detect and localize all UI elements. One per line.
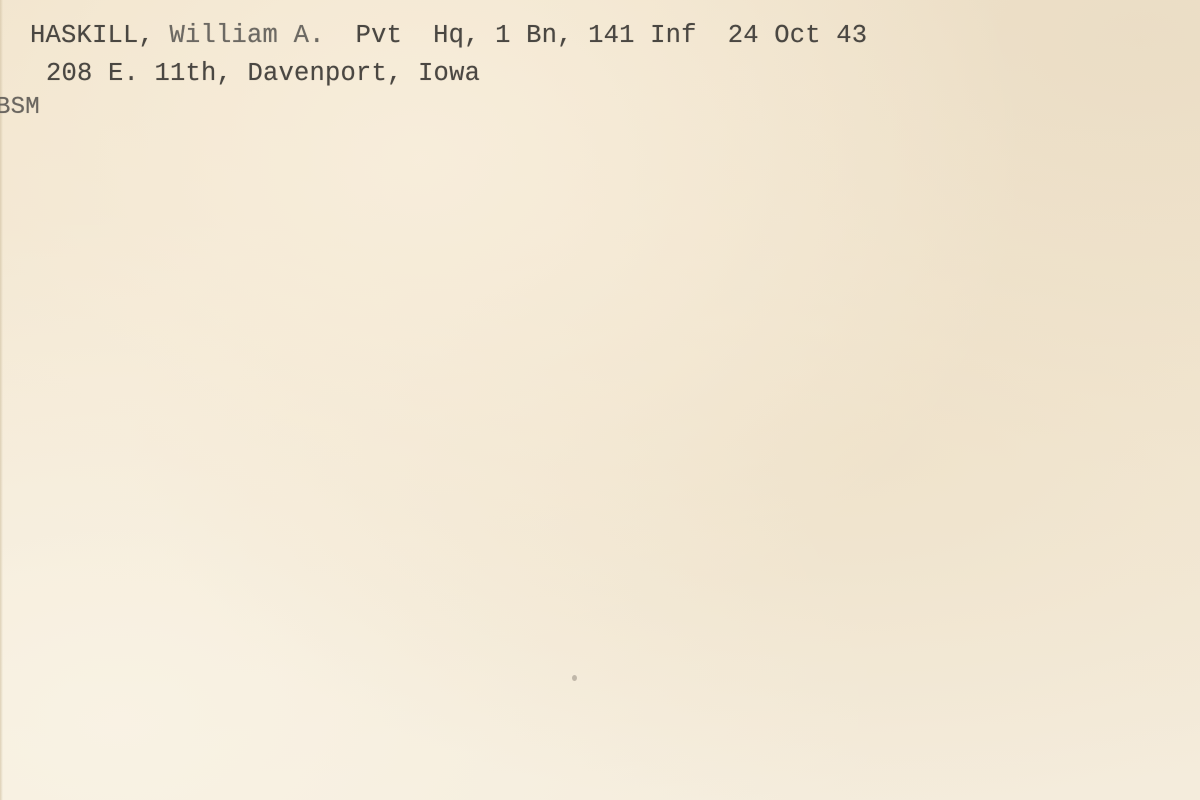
award-code: BSM: [0, 96, 40, 120]
record-header-line: HASKILL, William A. Pvt Hq, 1 Bn, 141 In…: [30, 23, 867, 49]
address-line: 208 E. 11th, Davenport, Iowa: [46, 61, 480, 87]
given-names: William A.: [170, 23, 325, 49]
surname: HASKILL,: [30, 23, 154, 49]
rank: Pvt: [356, 23, 403, 49]
date: 24 Oct 43: [728, 23, 868, 49]
index-card: HASKILL, William A. Pvt Hq, 1 Bn, 141 In…: [0, 0, 1200, 800]
unit: Hq, 1 Bn, 141 Inf: [433, 23, 697, 49]
paper-speck: [572, 675, 577, 681]
